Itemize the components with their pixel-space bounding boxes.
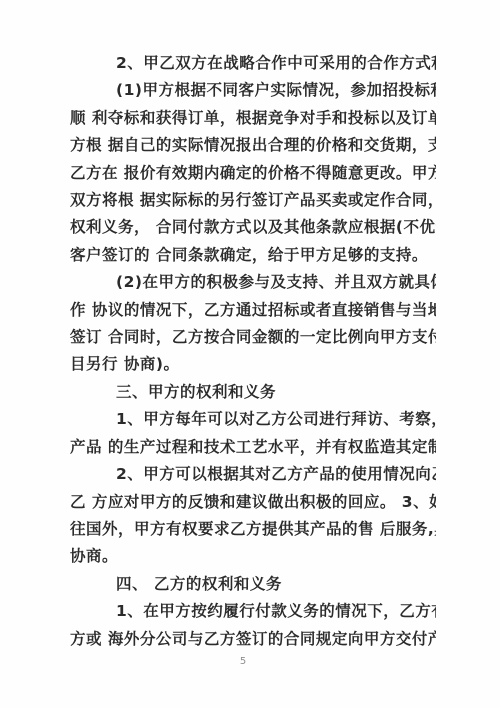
document-line: 权利义务， 合同付款方式以及其他条款应根据(不优于)甲方与最终	[70, 214, 436, 241]
document-line: 乙方在 报价有效期内确定的价格不得随意更改。甲方中标后，甲乙	[70, 160, 436, 187]
document-page: 2、甲乙双方在战略合作中可采用的合作方式和操作方式 (1)甲方根据不同客户实际情…	[0, 0, 500, 708]
document-line: 顺 利夺标和获得订单，根据竞争对手和投标以及订单实际情况，乙	[70, 105, 436, 132]
document-line: 1、甲方每年可以对乙方公司进行拜访、考察，以了解乙方	[70, 406, 436, 433]
page-number: 5	[50, 655, 436, 669]
document-line: 2、甲方可以根据其对乙方产品的使用情况向乙方做出反馈，	[70, 461, 436, 488]
document-line: 方根 据自己的实际情况报出合理的价格和交货期，支持甲方投标。	[70, 132, 436, 159]
document-line: 作 协议的情况下，乙方通过招标或者直接销售与当地需求客户直接	[70, 297, 436, 324]
document-line: 1、在甲方按约履行付款义务的情况下，乙方有义务根据甲	[70, 598, 436, 625]
document-line: 乙 方应对甲方的反馈和建议做出积极的回应。 3、如甲方的产品售	[70, 489, 436, 516]
document-line: 目另行 协商)。	[70, 351, 436, 378]
document-line: 2、甲乙双方在战略合作中可采用的合作方式和操作方式	[70, 50, 436, 77]
section-heading: 四、 乙方的权利和义务	[70, 571, 436, 598]
section-heading: 三、甲方的权利和义务	[70, 379, 436, 406]
document-line: 往国外，甲方有权要求乙方提供其产品的售 后服务,具体事宜另行	[70, 516, 436, 543]
document-line: 协商。	[70, 543, 436, 570]
document-line: 双方将根 据实际标的另行签订产品买卖或定作合同，以确定双方的	[70, 187, 436, 214]
document-line: 签订 合同时，乙方按合同金额的一定比例向甲方支付报酬(根据项	[70, 324, 436, 351]
document-line: 方或 海外分公司与乙方签订的合同规定向甲方交付产品。 2、乙方	[70, 626, 436, 653]
document-line: (1)甲方根据不同客户实际情况，参加招投标和报价等。为	[70, 77, 436, 104]
document-line: 产品 的生产过程和技术工艺水平，并有权监造其定制产品的生产。	[70, 434, 436, 461]
document-line: 客户签订的 合同条款确定，给于甲方足够的支持。	[70, 242, 436, 269]
document-line: (2)在甲方的积极参与及支持、并且双方就具体项目签订合	[70, 269, 436, 296]
